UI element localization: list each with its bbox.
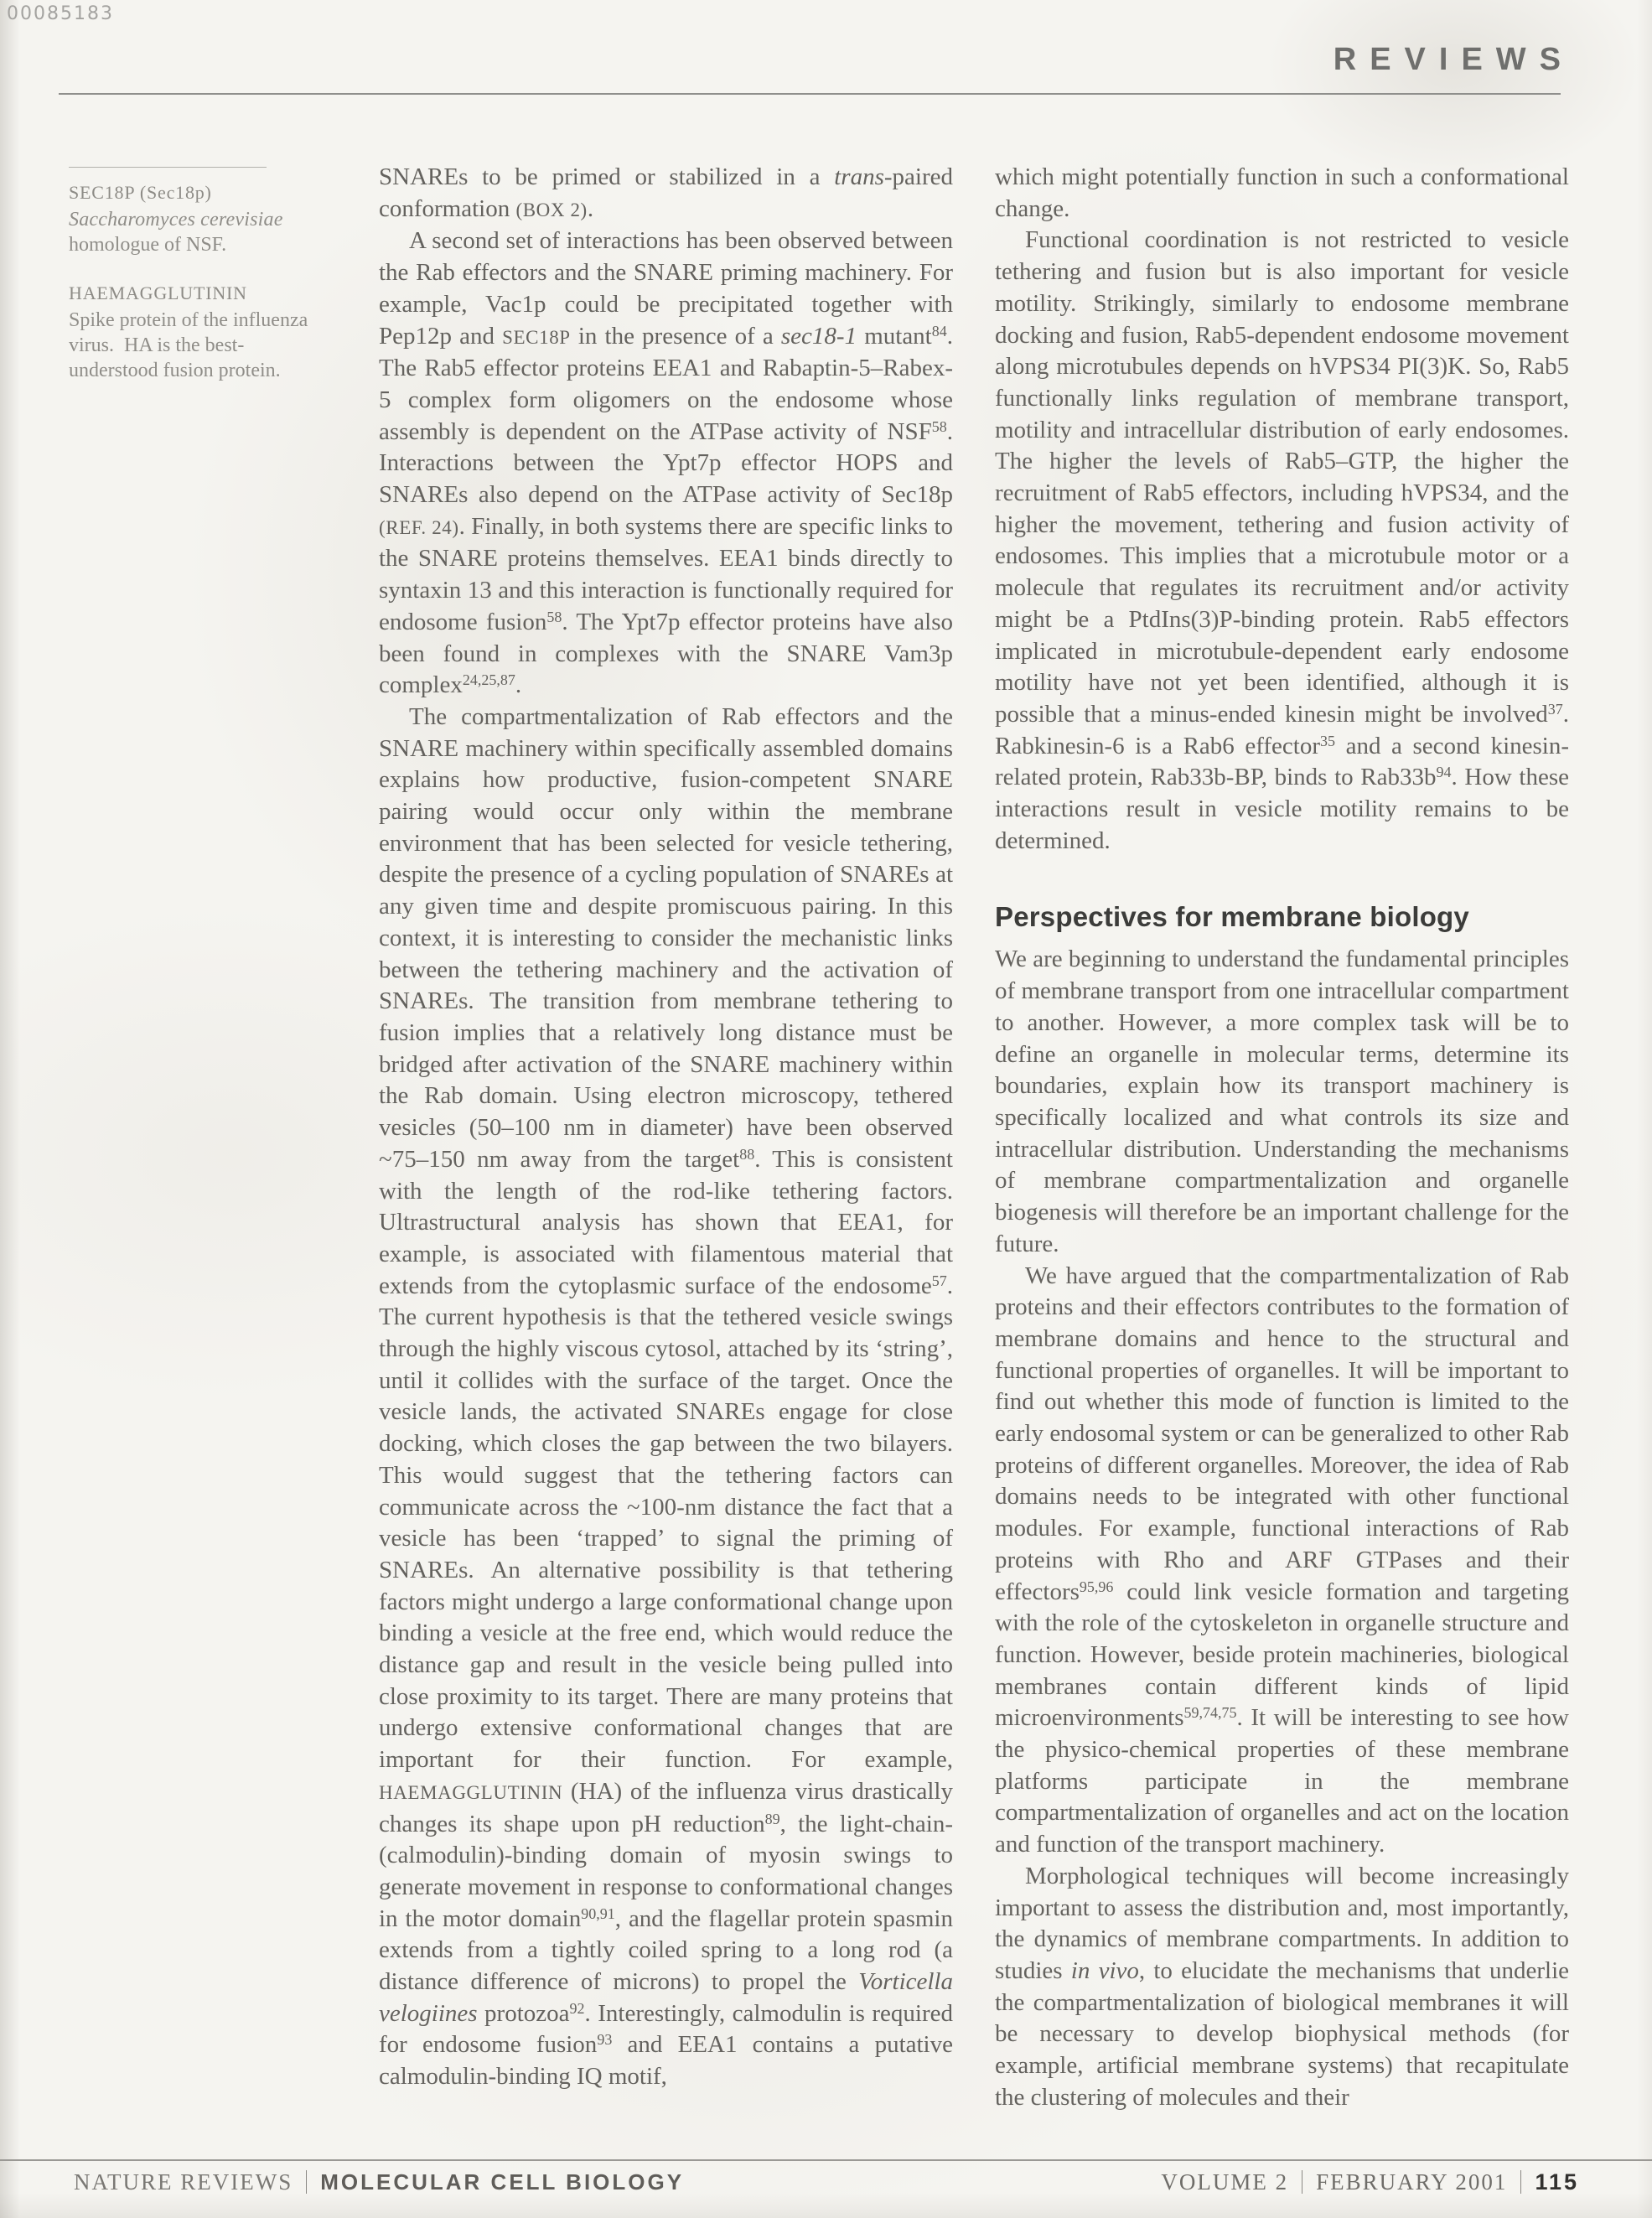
glossary-rule bbox=[69, 167, 267, 168]
footer-separator bbox=[306, 2170, 307, 2194]
body-paragraph: Morphological techniques will become inc… bbox=[995, 1861, 1569, 2114]
glossary-sidebar: SEC18P (Sec18p)Saccharomyces cerevisiae … bbox=[69, 167, 329, 408]
glossary-entry: HAEMAGGLUTININSpike protein of the influ… bbox=[69, 282, 329, 383]
glossary-term: SEC18P (Sec18p) bbox=[69, 182, 329, 204]
body-column-left: SNAREs to be primed or stabilized in a t… bbox=[379, 162, 953, 2113]
scan-id: 00085183 bbox=[7, 3, 114, 24]
body-paragraph: We have argued that the compartmentaliza… bbox=[995, 1261, 1569, 1861]
footer-page-number: 115 bbox=[1535, 2169, 1579, 2195]
footer-separator bbox=[1302, 2170, 1302, 2194]
footer-date: FEBRUARY 2001 bbox=[1316, 2169, 1507, 2195]
glossary-term-list: SEC18P (Sec18p)Saccharomyces cerevisiae … bbox=[69, 182, 329, 383]
footer-rule bbox=[0, 2159, 1652, 2161]
glossary-term: HAEMAGGLUTININ bbox=[69, 282, 329, 304]
scanned-journal-page: 00085183 REVIEWS SEC18P (Sec18p)Saccharo… bbox=[0, 0, 1652, 2218]
footer-journal-block: NATURE REVIEWSMOLECULAR CELL BIOLOGY bbox=[74, 2169, 684, 2195]
footer-issue-block: VOLUME 2FEBRUARY 2001115 bbox=[1161, 2169, 1579, 2195]
column-right-top: which might potentially function in such… bbox=[995, 162, 1569, 857]
column-right-bottom: We are beginning to understand the funda… bbox=[995, 944, 1569, 2113]
glossary-definition: Saccharomyces cerevisiae homologue of NS… bbox=[69, 207, 329, 257]
glossary-entry: SEC18P (Sec18p)Saccharomyces cerevisiae … bbox=[69, 182, 329, 257]
header-rule bbox=[59, 93, 1561, 95]
body-column-right: which might potentially function in such… bbox=[995, 162, 1569, 2113]
body-paragraph: SNAREs to be primed or stabilized in a t… bbox=[379, 162, 953, 225]
footer-volume: VOLUME 2 bbox=[1161, 2169, 1288, 2195]
article-body: SNAREs to be primed or stabilized in a t… bbox=[379, 162, 1569, 2113]
footer-journal-section: MOLECULAR CELL BIOLOGY bbox=[320, 2169, 684, 2195]
body-paragraph: The compartmentalization of Rab effector… bbox=[379, 702, 953, 2093]
glossary-definition: Spike protein of the influenza virus. HA… bbox=[69, 308, 329, 383]
body-paragraph: Functional coordination is not restricte… bbox=[995, 225, 1569, 857]
body-paragraph: which might potentially function in such… bbox=[995, 162, 1569, 225]
section-heading: Perspectives for membrane biology bbox=[995, 900, 1569, 934]
footer-journal-name: NATURE REVIEWS bbox=[74, 2169, 293, 2195]
reviews-running-head: REVIEWS bbox=[1334, 42, 1574, 78]
body-paragraph: A second set of interactions has been ob… bbox=[379, 225, 953, 702]
body-paragraph: We are beginning to understand the funda… bbox=[995, 944, 1569, 1260]
footer-separator bbox=[1520, 2170, 1521, 2194]
